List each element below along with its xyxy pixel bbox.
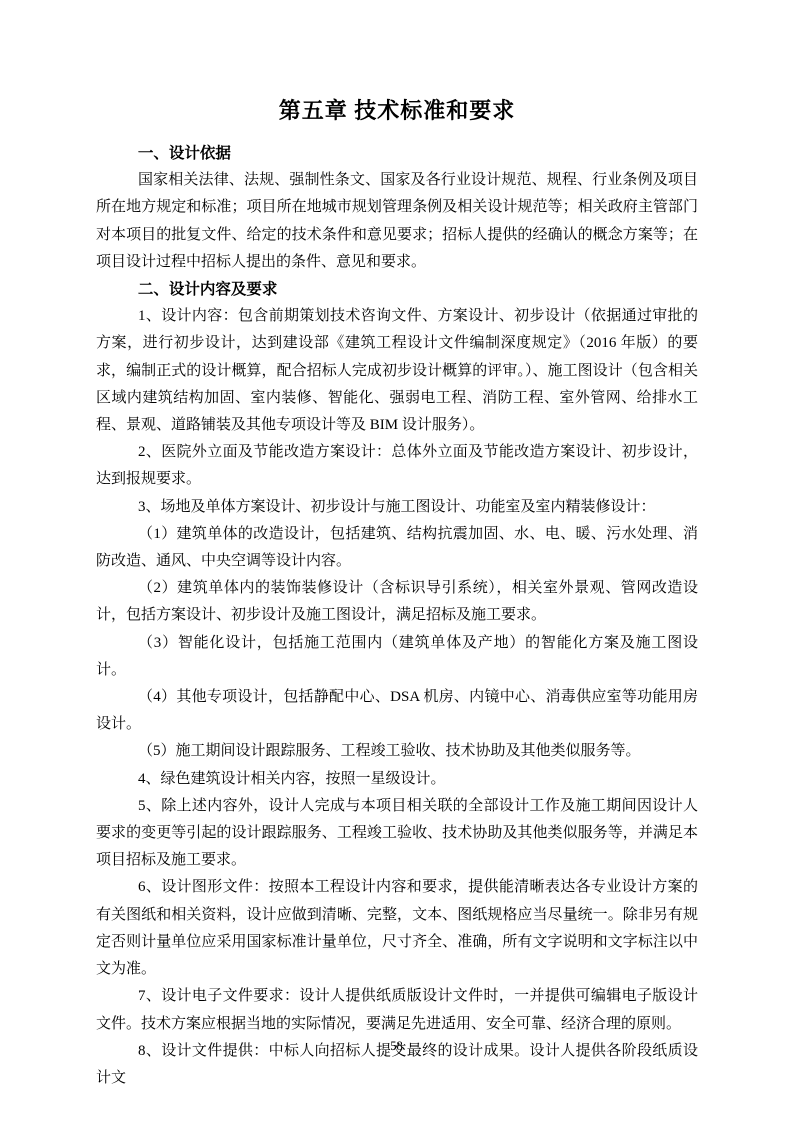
paragraph-item-7: 7、设计电子文件要求：设计人提供纸质版设计文件时，一并提供可编辑电子版设计文件。… bbox=[96, 983, 698, 1037]
document-page: 第五章 技术标准和要求 一、设计依据 国家相关法律、法规、强制性条文、国家及各行… bbox=[0, 0, 793, 1122]
document-content: 第五章 技术标准和要求 一、设计依据 国家相关法律、法规、强制性条文、国家及各行… bbox=[96, 0, 698, 1092]
paragraph-item-4: 4、绿色建筑设计相关内容，按照一星级设计。 bbox=[96, 766, 698, 793]
paragraph-item-3-sub-4: （4）其他专项设计，包括静配中心、DSA 机房、内镜中心、消毒供应室等功能用房设… bbox=[96, 684, 698, 738]
paragraph-item-3-sub-1: （1）建筑单体的改造设计，包括建筑、结构抗震加固、水、电、暖、污水处理、消防改造… bbox=[96, 521, 698, 575]
paragraph-item-5: 5、除上述内容外，设计人完成与本项目相关联的全部设计工作及施工期间因设计人要求的… bbox=[96, 793, 698, 875]
paragraph-item-1: 1、设计内容：包含前期策划技术咨询文件、方案设计、初步设计（依据通过审批的方案，… bbox=[96, 303, 698, 439]
paragraph-item-3: 3、场地及单体方案设计、初步设计与施工图设计、功能室及室内精装修设计： bbox=[96, 494, 698, 521]
page-number: 58 bbox=[0, 1038, 793, 1054]
paragraph-design-basis: 国家相关法律、法规、强制性条文、国家及各行业设计规范、规程、行业条例及项目所在地… bbox=[96, 167, 698, 276]
paragraph-item-3-sub-2: （2）建筑单体内的装饰装修设计（含标识导引系统），相关室外景观、管网改造设计，包… bbox=[96, 575, 698, 629]
paragraph-item-3-sub-5: （5）施工期间设计跟踪服务、工程竣工验收、技术协助及其他类似服务等。 bbox=[96, 738, 698, 765]
paragraph-item-2: 2、医院外立面及节能改造方案设计：总体外立面及节能改造方案设计、初步设计，达到报… bbox=[96, 439, 698, 493]
paragraph-item-6: 6、设计图形文件：按照本工程设计内容和要求，提供能清晰表达各专业设计方案的有关图… bbox=[96, 874, 698, 983]
paragraph-item-3-sub-3: （3）智能化设计，包括施工范围内（建筑单体及产地）的智能化方案及施工图设计。 bbox=[96, 630, 698, 684]
section-heading-design-content: 二、设计内容及要求 bbox=[96, 276, 698, 303]
chapter-title: 第五章 技术标准和要求 bbox=[96, 96, 698, 126]
section-heading-design-basis: 一、设计依据 bbox=[96, 140, 698, 167]
